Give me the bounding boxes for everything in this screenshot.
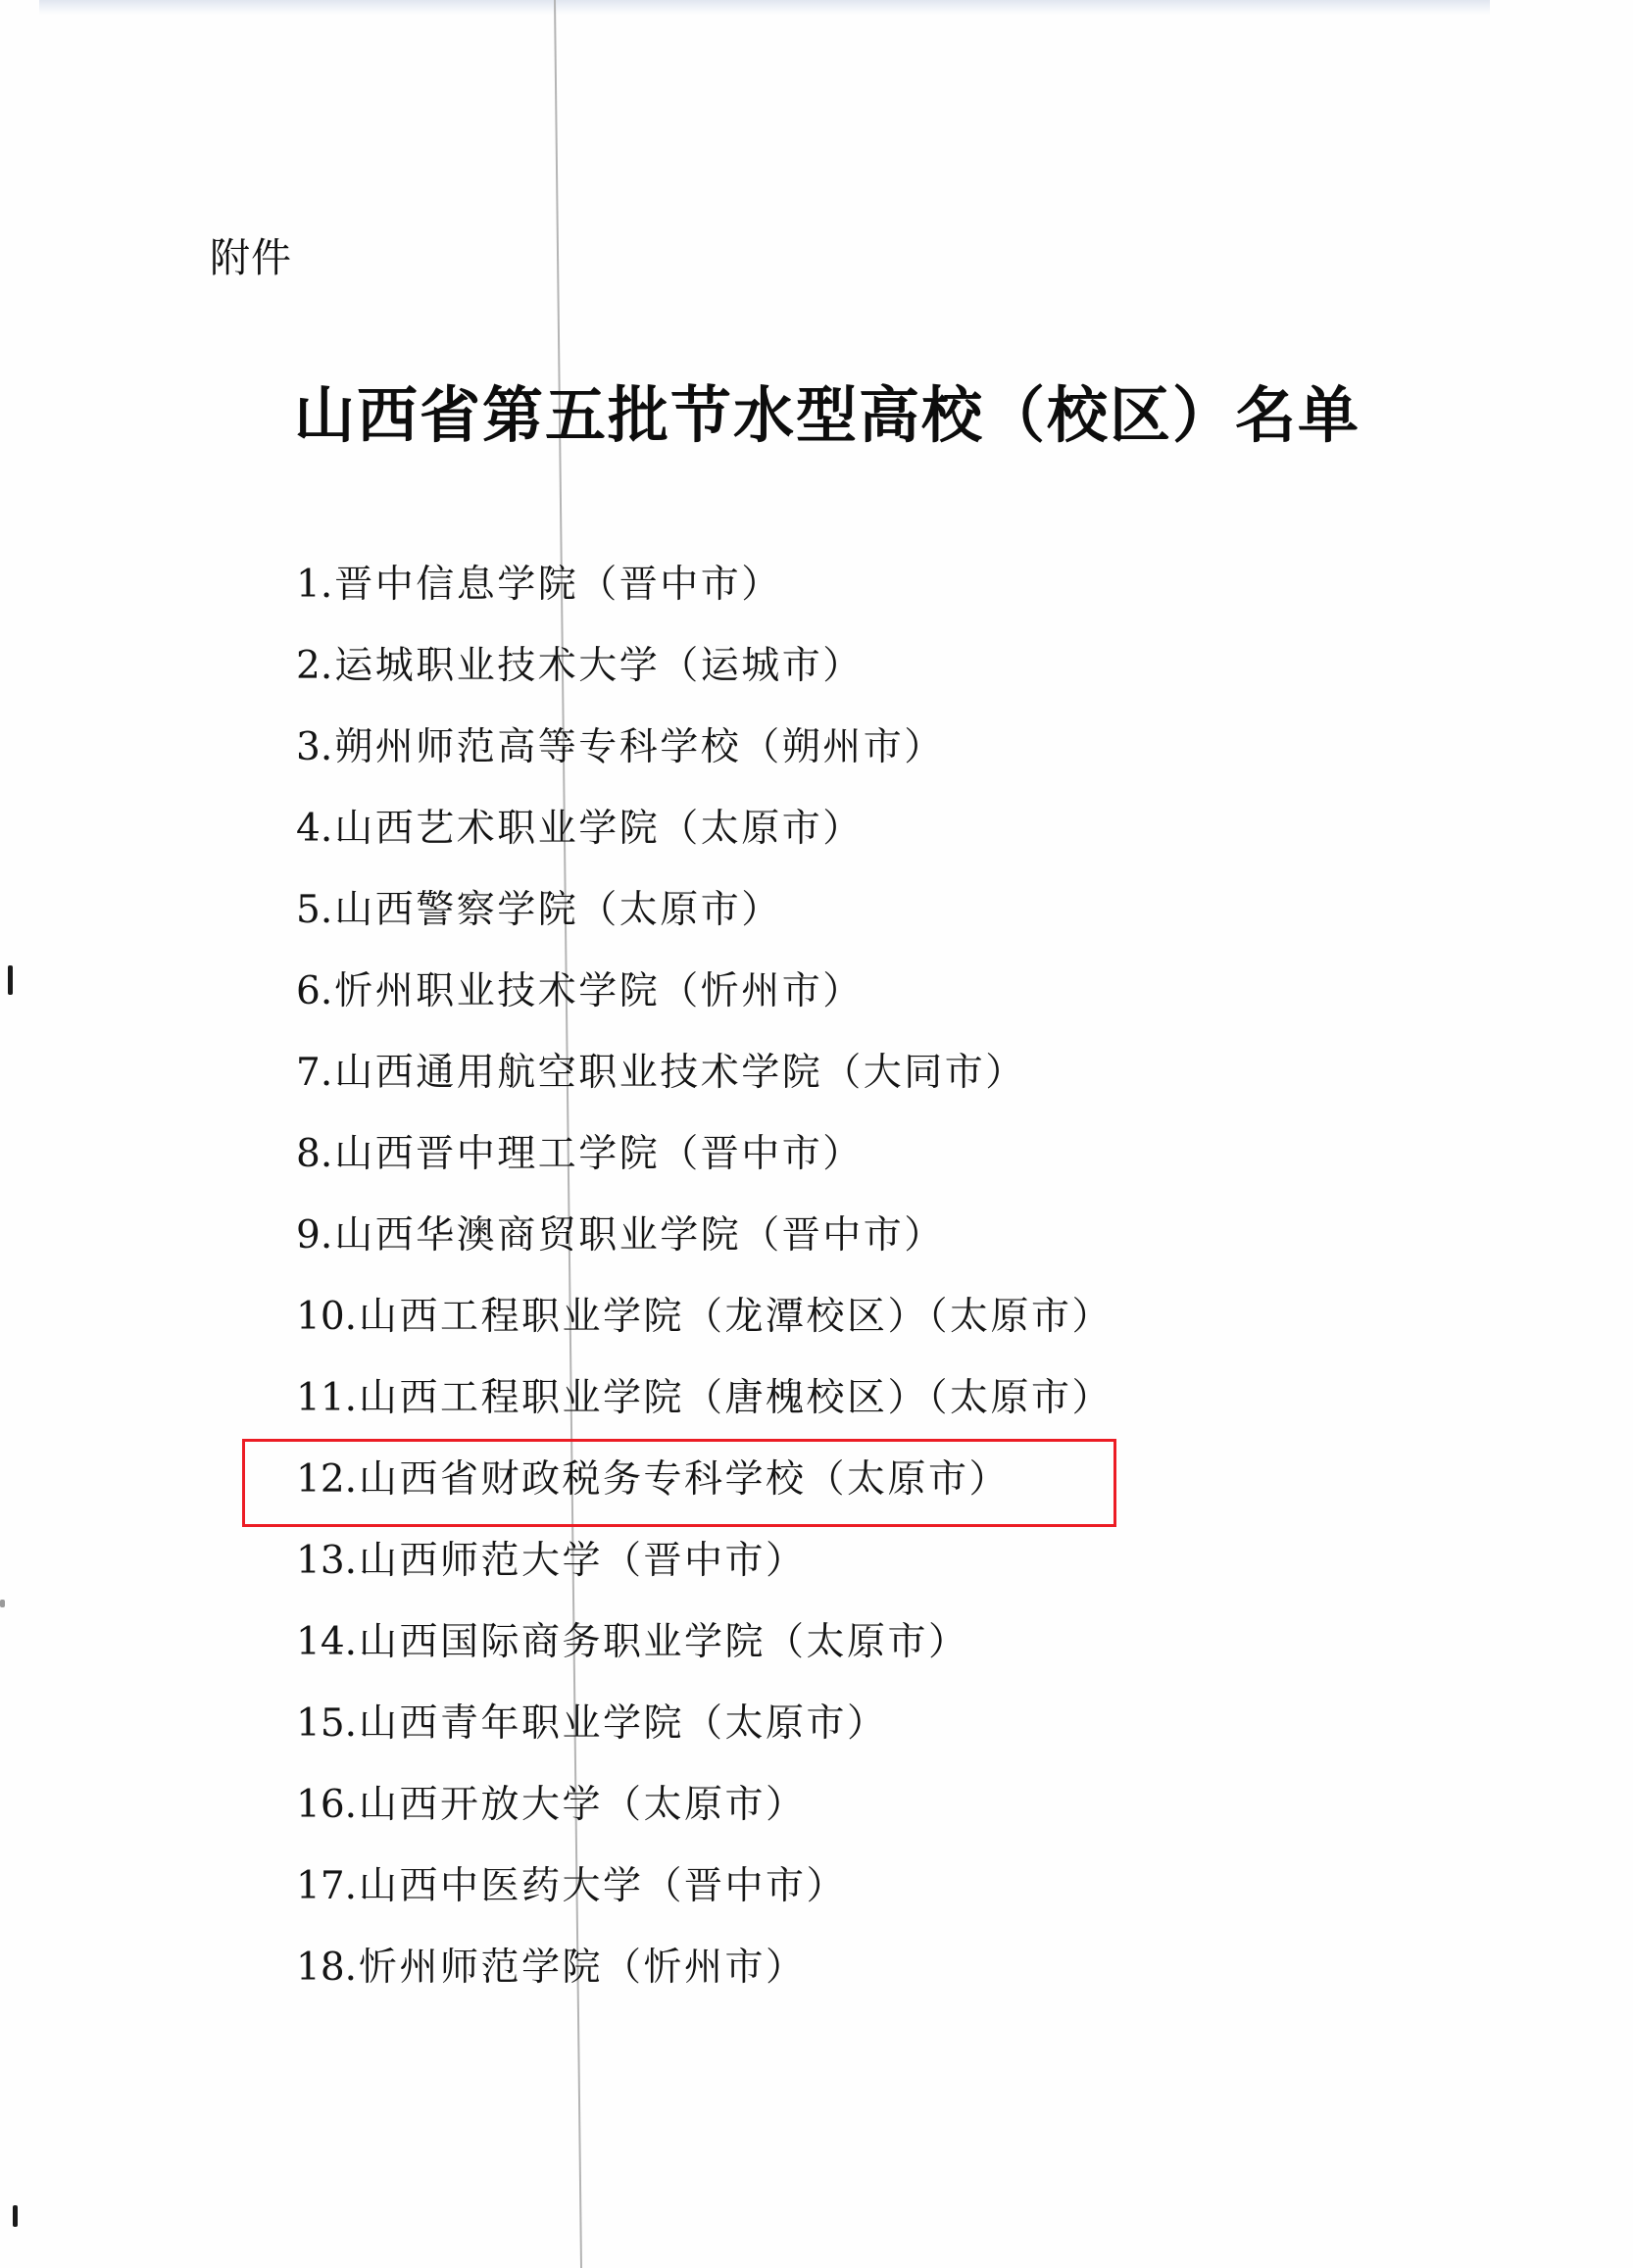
school-name: 山西青年职业学院 [359,1701,684,1746]
school-city: （太原市） [684,1701,888,1746]
school-city: （朔州市） [741,725,945,769]
item-number: 11. [296,1376,357,1420]
school-city: （太原市） [603,1783,807,1827]
document-title: 山西省第五批节水型高校（校区）名单 [294,380,1361,451]
list-item: 13.山西师范大学（晋中市） [296,1536,1113,1617]
school-city: （忻州市） [660,969,864,1013]
school-name: 忻州师范学院 [359,1946,603,1990]
school-name: 山西工程职业学院（唐槐校区） [359,1376,928,1420]
list-item: 18.忻州师范学院（忻州市） [296,1943,1113,2024]
item-number: 18. [296,1946,357,1990]
school-list: 1.晋中信息学院（晋中市） 2.运城职业技术大学（运城市） 3.朔州师范高等专科… [296,560,1113,2024]
school-name: 山西警察学院 [334,888,578,932]
school-city: （大同市） [822,1051,1026,1095]
school-name: 忻州职业技术学院 [334,969,660,1013]
school-city: （晋中市） [660,1132,864,1176]
school-city: （太原市） [928,1376,1113,1420]
item-number: 13. [296,1539,357,1583]
school-name: 山西开放大学 [359,1783,603,1827]
scan-top-band [39,0,1490,16]
item-number: 14. [296,1620,357,1664]
school-city: （晋中市） [578,563,782,607]
item-number: 5. [296,888,332,932]
item-number: 9. [296,1213,332,1257]
list-item: 1.晋中信息学院（晋中市） [296,560,1113,641]
school-name: 山西华澳商贸职业学院 [334,1213,741,1257]
school-city: （太原市） [766,1620,969,1664]
school-name: 山西工程职业学院（龙潭校区） [359,1295,928,1339]
list-item: 7.山西通用航空职业技术学院（大同市） [296,1048,1113,1129]
school-city: （太原市） [660,807,864,851]
item-number: 8. [296,1132,332,1176]
list-item: 14.山西国际商务职业学院（太原市） [296,1617,1113,1699]
school-city: （太原市） [578,888,782,932]
school-city: （晋中市） [741,1213,945,1257]
item-number: 3. [296,725,332,769]
list-item: 8.山西晋中理工学院（晋中市） [296,1129,1113,1210]
item-number: 17. [296,1864,357,1908]
list-item: 4.山西艺术职业学院（太原市） [296,804,1113,885]
scan-speck [8,965,13,995]
school-name: 晋中信息学院 [334,563,578,607]
school-city: （晋中市） [644,1864,848,1908]
item-number: 4. [296,807,332,851]
list-item: 15.山西青年职业学院（太原市） [296,1699,1113,1780]
item-number: 7. [296,1051,332,1095]
school-name: 山西通用航空职业技术学院 [334,1051,822,1095]
red-highlight-box [242,1439,1116,1527]
list-item: 5.山西警察学院（太原市） [296,885,1113,966]
school-city: （运城市） [660,644,864,688]
school-city: （忻州市） [603,1946,807,1990]
list-item: 9.山西华澳商贸职业学院（晋中市） [296,1210,1113,1292]
item-number: 16. [296,1783,357,1827]
item-number: 2. [296,644,332,688]
list-item: 17.山西中医药大学（晋中市） [296,1861,1113,1943]
school-city: （晋中市） [603,1539,807,1583]
item-number: 10. [296,1295,357,1339]
item-number: 6. [296,969,332,1013]
list-item: 16.山西开放大学（太原市） [296,1780,1113,1861]
list-item: 6.忻州职业技术学院（忻州市） [296,966,1113,1048]
scan-speck [0,1600,5,1607]
attachment-label: 附件 [210,231,292,284]
school-name: 山西国际商务职业学院 [359,1620,766,1664]
item-number: 15. [296,1701,357,1746]
list-item: 2.运城职业技术大学（运城市） [296,641,1113,722]
scan-speck [13,2205,18,2227]
school-name: 山西艺术职业学院 [334,807,660,851]
school-city: （太原市） [928,1295,1113,1339]
school-name: 运城职业技术大学 [334,644,660,688]
list-item: 10.山西工程职业学院（龙潭校区）（太原市） [296,1292,1113,1373]
school-name: 山西中医药大学 [359,1864,644,1908]
school-name: 朔州师范高等专科学校 [334,725,741,769]
school-name: 山西晋中理工学院 [334,1132,660,1176]
list-item: 3.朔州师范高等专科学校（朔州市） [296,722,1113,804]
school-name: 山西师范大学 [359,1539,603,1583]
item-number: 1. [296,563,332,607]
